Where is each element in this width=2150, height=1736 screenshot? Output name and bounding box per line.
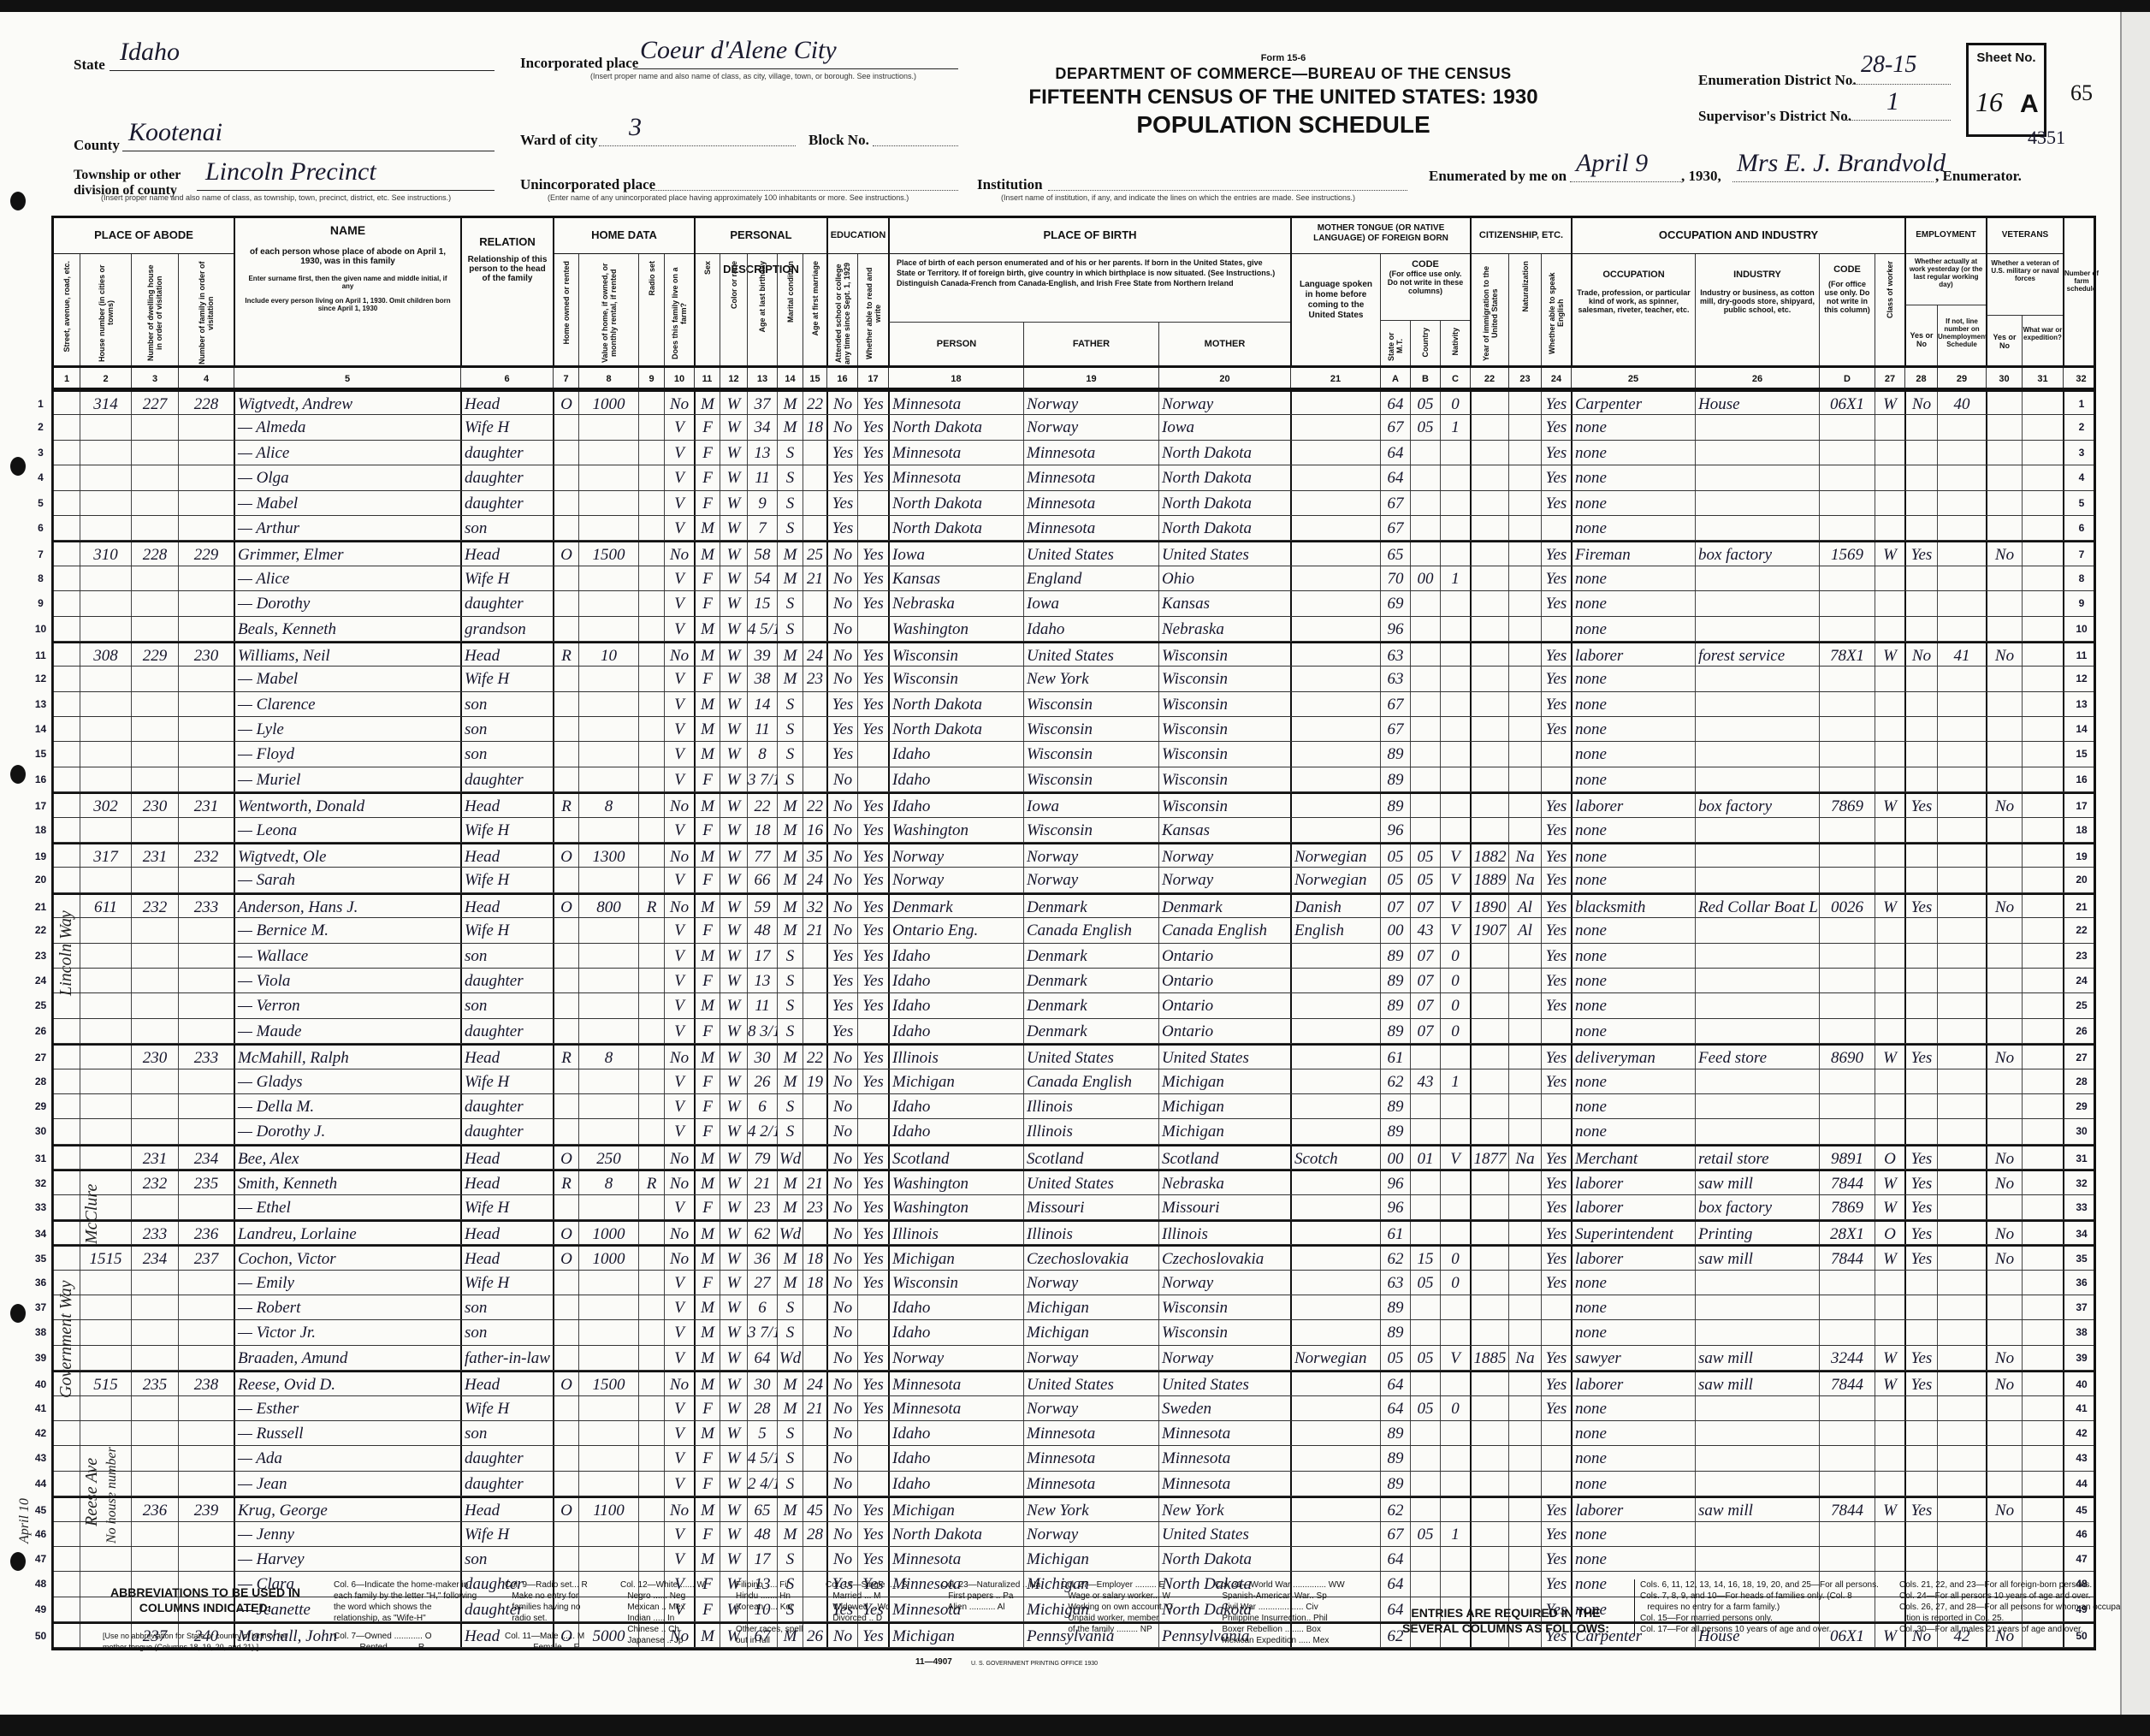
cell-english: Yes (1541, 1069, 1571, 1093)
state-value: Idaho (120, 38, 180, 67)
column-number: 32 (2063, 368, 2099, 388)
table-row: — EstherWife HVFW28M21NoYesMinnesotaNorw… (54, 1396, 2094, 1421)
cell-marital: S (777, 1320, 803, 1344)
line-number-left: 31 (28, 1146, 54, 1169)
cell-english (1541, 617, 1571, 641)
cell-dwelling (131, 415, 178, 439)
group-home-data: HOME DATA (553, 218, 694, 254)
cell-class: W (1875, 1247, 1904, 1269)
cell-read (857, 1019, 888, 1043)
cell-bp-mother: Norway (1158, 392, 1290, 414)
cell-emp-line (1937, 441, 1986, 465)
enumerator-name: Mrs E. J. Brandvold (1737, 149, 1946, 178)
line-number: 7 (2063, 542, 2099, 565)
cell-name: — Olga (234, 465, 460, 489)
cell-class: W (1875, 1346, 1904, 1370)
cell-emp (1904, 491, 1937, 515)
cell-class (1875, 944, 1904, 968)
ed-line (1852, 84, 1951, 85)
cell-radio (638, 767, 664, 791)
cell-bp-father: Minnesota (1023, 516, 1158, 540)
cell-radio (638, 591, 664, 615)
cell-emp-line (1937, 1522, 1986, 1546)
cell-street (54, 516, 80, 540)
cell-emp-line: 40 (1937, 392, 1986, 414)
cell-vet (1986, 1522, 2022, 1546)
incorporated-label: Incorporated place (520, 55, 638, 72)
cell-natur: Na (1508, 1146, 1541, 1169)
cell-emp-line (1937, 491, 1986, 515)
cell-cc: V (1440, 1346, 1470, 1370)
line-number-left: 29 (28, 1094, 54, 1118)
cell-industry (1695, 1271, 1819, 1295)
cell-value (578, 1094, 638, 1118)
cell-street (54, 1472, 80, 1496)
cell-dwelling: 231 (131, 844, 178, 867)
cell-bp-father: Missouri (1023, 1195, 1158, 1219)
cell-occ-code (1819, 1421, 1875, 1445)
cell-house (80, 993, 131, 1017)
cell-relation: daughter (460, 441, 553, 465)
cell-bp-person: Washington (888, 1171, 1023, 1194)
cell-farm: No (664, 542, 694, 565)
cell-relation: Head (460, 895, 553, 917)
cell-house (80, 818, 131, 842)
cell-ca: 96 (1380, 1195, 1410, 1219)
cell-farm: V (664, 868, 694, 892)
cell-age: 3 7/12 (747, 767, 777, 791)
cell-occupation: laborer (1571, 794, 1695, 816)
cell-family: 233 (178, 1046, 234, 1068)
cell-race: W (720, 1171, 747, 1194)
cell-dwelling: 231 (131, 1146, 178, 1169)
cell-vet (1986, 1295, 2022, 1319)
cell-emp (1904, 1119, 1937, 1143)
cell-family (178, 1195, 234, 1219)
cell-owned (553, 415, 578, 439)
cell-radio (638, 1119, 664, 1143)
cell-house (80, 1019, 131, 1043)
cell-street (54, 794, 80, 816)
cell-emp: Yes (1904, 1146, 1937, 1169)
cell-tongue (1290, 1446, 1380, 1470)
cell-occ-code (1819, 918, 1875, 942)
header-race-text: Color or race (730, 261, 738, 309)
cell-marital: M (777, 415, 803, 439)
scan-border-bottom (0, 1715, 2150, 1736)
cell-bp-mother: Wisconsin (1158, 1295, 1290, 1319)
cell-cb (1410, 1119, 1440, 1143)
cell-occupation: none (1571, 566, 1695, 590)
cell-class: W (1875, 542, 1904, 565)
cell-war (2022, 1498, 2063, 1520)
cell-industry (1695, 516, 1819, 540)
department-title: DEPARTMENT OF COMMERCE—BUREAU OF THE CEN… (992, 65, 1574, 83)
cell-emp-line (1937, 1446, 1986, 1470)
cell-street (54, 1094, 80, 1118)
cell-relation: son (460, 1421, 553, 1445)
cell-relation: Head (460, 643, 553, 666)
cell-sex: F (694, 918, 720, 942)
cell-marital: S (777, 993, 803, 1017)
cell-age: 59 (747, 895, 777, 917)
cell-emp-line (1937, 717, 1986, 741)
cell-family: 233 (178, 895, 234, 917)
table-row: — Victor Jr.sonVMW3 7/12SNoIdahoMichigan… (54, 1320, 2094, 1345)
cell-war (2022, 1421, 2063, 1445)
cell-war (2022, 1320, 2063, 1344)
cell-english: Yes (1541, 895, 1571, 917)
column-number: 1 (54, 368, 80, 388)
cell-family (178, 465, 234, 489)
cell-read (857, 1472, 888, 1496)
cell-school: Yes (826, 944, 857, 968)
cell-name: — Russell (234, 1421, 460, 1445)
abbrev-col7: Col. 7—Owned ............ O Rented .....… (334, 1631, 431, 1653)
cell-name: — Verron (234, 993, 460, 1017)
cell-relation: Wife H (460, 667, 553, 690)
cell-owned: O (553, 844, 578, 867)
cell-radio (638, 1346, 664, 1370)
cell-read (857, 1446, 888, 1470)
header-street: Street, avenue, road, etc. (54, 254, 80, 365)
cell-bp-father: Iowa (1023, 591, 1158, 615)
line-number-left: 42 (28, 1421, 54, 1445)
cell-ca: 62 (1380, 1069, 1410, 1093)
header-street-text: Street, avenue, road, etc. (62, 261, 71, 353)
cell-natur (1508, 591, 1541, 615)
cell-marital: S (777, 1446, 803, 1470)
cell-tongue (1290, 717, 1380, 741)
ed-label: Enumeration District No. (1698, 72, 1857, 89)
cell-race: W (720, 465, 747, 489)
cell-emp (1904, 717, 1937, 741)
cell-emp: Yes (1904, 1046, 1937, 1068)
cell-bp-person: Illinois (888, 1046, 1023, 1068)
cell-war (2022, 1046, 2063, 1068)
cell-cb: 07 (1410, 944, 1440, 968)
cell-sex: F (694, 818, 720, 842)
cell-age-marr: 22 (803, 1046, 826, 1068)
column-number: 14 (777, 368, 803, 388)
enumerator-line (1732, 181, 1934, 182)
cell-ca: 89 (1380, 993, 1410, 1017)
cell-school: No (826, 1372, 857, 1395)
cell-war (2022, 415, 2063, 439)
cell-emp-line (1937, 1498, 1986, 1520)
cell-house: 302 (80, 794, 131, 816)
cell-cc (1440, 516, 1470, 540)
line-number-left: 11 (28, 643, 54, 666)
cell-tongue (1290, 969, 1380, 992)
cell-sex: M (694, 516, 720, 540)
cell-cc (1440, 591, 1470, 615)
cell-cc (1440, 617, 1470, 641)
cell-bp-person: Idaho (888, 742, 1023, 766)
cell-name: Bee, Alex (234, 1146, 460, 1169)
cell-occupation: none (1571, 918, 1695, 942)
cell-english: Yes (1541, 1372, 1571, 1395)
cell-occ-code (1819, 516, 1875, 540)
cell-cc (1440, 643, 1470, 666)
cell-war (2022, 1119, 2063, 1143)
cell-family (178, 969, 234, 992)
cell-natur (1508, 392, 1541, 414)
cell-name: — Ethel (234, 1195, 460, 1219)
cell-marital: S (777, 1019, 803, 1043)
cell-vet (1986, 1446, 2022, 1470)
cell-age: 6 (747, 1094, 777, 1118)
cell-age-marr: 21 (803, 566, 826, 590)
cell-vet: No (1986, 1222, 2022, 1244)
cell-class: W (1875, 794, 1904, 816)
cell-age-marr: 21 (803, 1396, 826, 1420)
cell-name: — Wallace (234, 944, 460, 968)
cell-immig (1470, 1396, 1508, 1420)
cell-school: Yes (826, 692, 857, 716)
column-number: 13 (747, 368, 777, 388)
cell-family (178, 667, 234, 690)
cell-family: 237 (178, 1247, 234, 1269)
cell-race: W (720, 969, 747, 992)
cell-class (1875, 717, 1904, 741)
cell-natur (1508, 617, 1541, 641)
cell-bp-father: Norway (1023, 415, 1158, 439)
cell-cc (1440, 692, 1470, 716)
cell-radio (638, 969, 664, 992)
cell-emp-line (1937, 692, 1986, 716)
cell-family (178, 868, 234, 892)
cell-dwelling (131, 516, 178, 540)
cell-age: 36 (747, 1247, 777, 1269)
cell-bp-father: Denmark (1023, 993, 1158, 1017)
cell-value: 1500 (578, 1372, 638, 1395)
cell-relation: daughter (460, 767, 553, 791)
column-number: 11 (694, 368, 720, 388)
cell-bp-person: Iowa (888, 542, 1023, 565)
cell-marital: S (777, 1421, 803, 1445)
cell-vet (1986, 591, 2022, 615)
cell-race: W (720, 993, 747, 1017)
cell-emp-line (1937, 1320, 1986, 1344)
cell-age: 48 (747, 918, 777, 942)
cell-occupation: none (1571, 1396, 1695, 1420)
cell-read: Yes (857, 717, 888, 741)
header-house-text: House number (in cities or towns) (98, 261, 115, 365)
cell-cb (1410, 1222, 1440, 1244)
cell-marital: M (777, 918, 803, 942)
line-number: 29 (2063, 1094, 2099, 1118)
margin-street-note: Reese Ave (82, 1458, 102, 1526)
cell-ca: 89 (1380, 1094, 1410, 1118)
cell-bp-mother: Wisconsin (1158, 643, 1290, 666)
column-number: 9 (638, 368, 664, 388)
table-row: — VerronsonVMW11SYesYesIdahoDenmarkOntar… (54, 993, 2094, 1018)
header-vet-yes: Yes or No (1986, 316, 2022, 365)
cell-industry: saw mill (1695, 1171, 1819, 1194)
column-number: 19 (1023, 368, 1158, 388)
cell-age-marr (803, 1146, 826, 1169)
cell-class (1875, 818, 1904, 842)
cell-emp: Yes (1904, 1222, 1937, 1244)
cell-occ-code (1819, 1522, 1875, 1546)
cell-natur (1508, 415, 1541, 439)
cell-bp-person: North Dakota (888, 491, 1023, 515)
cell-english: Yes (1541, 844, 1571, 867)
cell-natur (1508, 542, 1541, 565)
cell-emp (1904, 1320, 1937, 1344)
cell-bp-father: Norway (1023, 1271, 1158, 1295)
cell-cb (1410, 542, 1440, 565)
cell-war (2022, 993, 2063, 1017)
cell-english: Yes (1541, 415, 1571, 439)
line-number-left: 49 (28, 1597, 54, 1621)
cell-age-marr (803, 1094, 826, 1118)
cell-immig (1470, 1222, 1508, 1244)
cell-ca: 89 (1380, 1421, 1410, 1445)
cell-farm: V (664, 617, 694, 641)
cell-age-marr: 25 (803, 542, 826, 565)
column-number: D (1819, 368, 1875, 388)
cell-street (54, 392, 80, 414)
cell-emp (1904, 1522, 1937, 1546)
cell-value: 1300 (578, 844, 638, 867)
cell-ca: 62 (1380, 1498, 1410, 1520)
cell-street (54, 993, 80, 1017)
cell-industry (1695, 667, 1819, 690)
line-number-left: 25 (28, 993, 54, 1017)
cell-english (1541, 1019, 1571, 1043)
ward-line (599, 145, 796, 146)
cell-school: Yes (826, 1019, 857, 1043)
cell-sex: F (694, 1094, 720, 1118)
table-row: 310228229Grimmer, ElmerHeadO1500NoMW58M2… (54, 541, 2094, 566)
cell-farm: No (664, 643, 694, 666)
cell-cb: 05 (1410, 844, 1440, 867)
cell-cb: 07 (1410, 895, 1440, 917)
cell-relation: daughter (460, 1472, 553, 1496)
cell-age-marr (803, 1119, 826, 1143)
cell-family (178, 491, 234, 515)
cell-street (54, 1222, 80, 1244)
cell-immig (1470, 1069, 1508, 1093)
cell-occ-code (1819, 667, 1875, 690)
column-number: 30 (1986, 368, 2022, 388)
cell-bp-person: Minnesota (888, 1396, 1023, 1420)
punch-hole-icon (10, 192, 26, 210)
cell-family (178, 692, 234, 716)
cell-age: 11 (747, 465, 777, 489)
cell-race: W (720, 1421, 747, 1445)
cell-age-marr: 24 (803, 1372, 826, 1395)
cell-radio (638, 1396, 664, 1420)
cell-relation: Wife H (460, 415, 553, 439)
cell-radio (638, 566, 664, 590)
line-number: 20 (2063, 868, 2099, 892)
column-number: 18 (888, 368, 1023, 388)
cell-owned (553, 1069, 578, 1093)
cell-english: Yes (1541, 542, 1571, 565)
cell-cc (1440, 818, 1470, 842)
cell-bp-mother: Wisconsin (1158, 667, 1290, 690)
cell-race: W (720, 392, 747, 414)
cell-dwelling: 235 (131, 1372, 178, 1395)
cell-school: No (826, 1094, 857, 1118)
cell-emp-line (1937, 1119, 1986, 1143)
cell-class (1875, 465, 1904, 489)
cell-bp-mother: North Dakota (1158, 516, 1290, 540)
cell-house (80, 441, 131, 465)
cell-class (1875, 1421, 1904, 1445)
cell-occ-code (1819, 717, 1875, 741)
cell-read: Yes (857, 895, 888, 917)
cell-cc (1440, 1372, 1470, 1395)
cell-relation: son (460, 944, 553, 968)
cell-industry: saw mill (1695, 1498, 1819, 1520)
cell-age-marr: 24 (803, 643, 826, 666)
cell-house (80, 1396, 131, 1420)
cell-tongue (1290, 1295, 1380, 1319)
cell-cb (1410, 1171, 1440, 1194)
cell-industry (1695, 441, 1819, 465)
cell-bp-person: Washington (888, 818, 1023, 842)
cell-street (54, 1171, 80, 1194)
cell-dwelling (131, 944, 178, 968)
cell-vet (1986, 1421, 2022, 1445)
cell-age-marr (803, 767, 826, 791)
cell-age-marr (803, 1421, 826, 1445)
cell-bp-father: Norway (1023, 1522, 1158, 1546)
cell-cb: 07 (1410, 1019, 1440, 1043)
cell-emp-line (1937, 1247, 1986, 1269)
cell-farm: No (664, 1046, 694, 1068)
cell-class (1875, 1094, 1904, 1118)
cell-bp-father: Minnesota (1023, 1472, 1158, 1496)
cell-school: No (826, 566, 857, 590)
cell-sex: F (694, 566, 720, 590)
cell-emp: Yes (1904, 895, 1937, 917)
table-row: — Bernice M.Wife HVFW48M21NoYesOntario E… (54, 918, 2094, 943)
cell-bp-father: Michigan (1023, 1320, 1158, 1344)
cell-war (2022, 1446, 2063, 1470)
cell-cc: 0 (1440, 1396, 1470, 1420)
cell-value (578, 742, 638, 766)
cell-bp-person: Michigan (888, 1247, 1023, 1269)
cell-immig (1470, 491, 1508, 515)
cell-school: No (826, 1119, 857, 1143)
header-dwelling-text: Number of dwelling house in order of vis… (146, 261, 163, 365)
abbrev-col12-other: Filipino ..... Fil Hindu ....... Hn Kore… (736, 1579, 803, 1646)
cell-bp-person: Michigan (888, 1498, 1023, 1520)
column-number: C (1440, 368, 1470, 388)
cell-emp (1904, 465, 1937, 489)
supervisor-label: Supervisor's District No. (1698, 108, 1851, 125)
cell-industry: box factory (1695, 794, 1819, 816)
cell-tongue (1290, 392, 1380, 414)
cell-bp-person: Norway (888, 844, 1023, 867)
cell-war (2022, 1396, 2063, 1420)
cell-natur (1508, 1446, 1541, 1470)
cell-owned (553, 1522, 578, 1546)
cell-sex: F (694, 1396, 720, 1420)
header-code-b-text: Country (1421, 328, 1430, 358)
cell-relation: Head (460, 1222, 553, 1244)
cell-class (1875, 667, 1904, 690)
line-number-left: 27 (28, 1046, 54, 1068)
cell-dwelling: 227 (131, 392, 178, 414)
cell-owned (553, 491, 578, 515)
column-headers: PLACE OF ABODE Street, avenue, road, etc… (54, 218, 2094, 368)
